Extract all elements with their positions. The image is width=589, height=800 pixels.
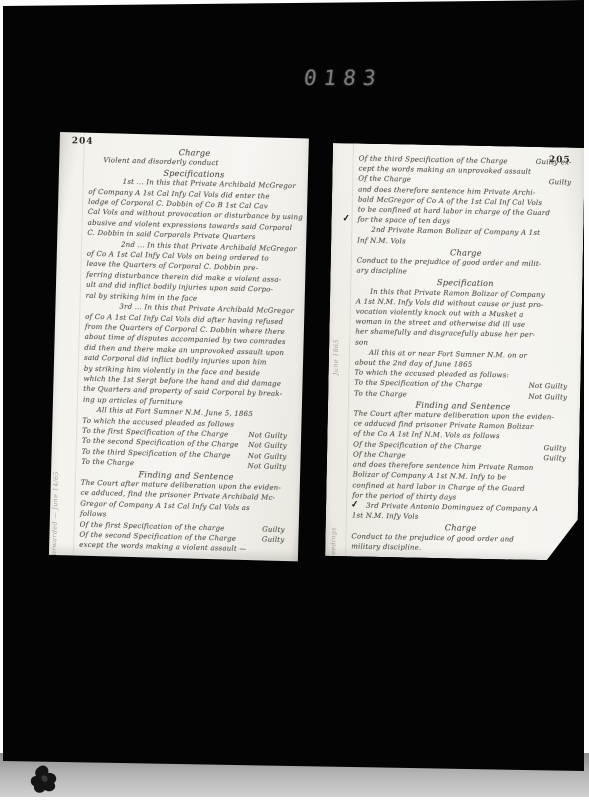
line-text: follows <box>80 509 107 520</box>
ledger-page-right: 205 June 1865 Subsequent Proceedings Of … <box>325 143 585 561</box>
verdict-text: Not Guilty <box>247 461 291 473</box>
handwritten-text-left: ChargeViolent and disorderly conductSpec… <box>79 145 300 556</box>
line-text: ary discipline <box>356 266 407 277</box>
verdict-text: Guilty <box>544 443 572 454</box>
verdict-text: Guilty <box>549 178 577 189</box>
handwritten-text-right: Of the third Specification of the Charge… <box>351 153 577 555</box>
line-text: son <box>355 337 368 347</box>
scan-background: 0183 204 Proceedings forwarded — June 14… <box>3 0 584 773</box>
microfilm-frame-number: 0183 <box>303 66 385 90</box>
verdict-text: Guilty ex- <box>536 157 577 168</box>
right-margin-note: Subsequent Proceedings <box>329 527 338 561</box>
scanned-record-book: 0183 204 Proceedings forwarded — June 14… <box>0 0 589 800</box>
verdict-text: Not Guilty <box>528 391 572 402</box>
verdict-text: Guilty <box>262 524 290 535</box>
line-text: To the Charge <box>81 457 134 469</box>
ledger-page-left: 204 Proceedings forwarded — June 14/65 C… <box>49 132 309 561</box>
line-text: Charge <box>445 523 477 534</box>
right-margin-note-top: June 1865 <box>333 339 341 375</box>
line-text: Charge <box>450 247 482 258</box>
line-text: 1st N.M. Infy Vols <box>352 511 419 522</box>
verdict-text: Guilty <box>262 534 290 545</box>
line-text: military discipline. <box>351 541 421 553</box>
checkmark-icon: ✓ <box>351 500 352 510</box>
verdict-text: Guilty <box>543 453 571 464</box>
left-margin-note: Proceedings forwarded — June 14/65 <box>50 471 60 561</box>
ink-blot-mark <box>29 764 63 796</box>
line-text: To the Charge <box>354 388 407 399</box>
checkmark-icon: ✓ <box>342 214 343 224</box>
line-text: Inf N.M. Vols <box>357 235 406 246</box>
